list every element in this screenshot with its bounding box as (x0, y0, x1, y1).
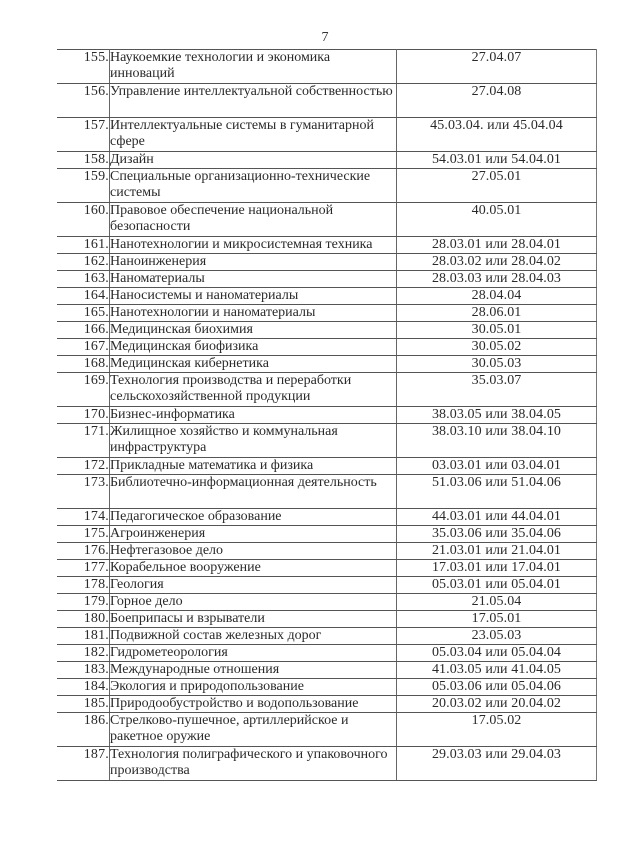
row-number: 162. (57, 254, 110, 271)
row-number: 185. (57, 696, 110, 713)
specialty-code: 44.03.01 или 44.04.01 (397, 509, 597, 526)
row-number: 174. (57, 509, 110, 526)
row-number: 170. (57, 407, 110, 424)
specialty-name: Международные отношения (110, 662, 397, 679)
table-row: 187.Технология полиграфического и упаков… (57, 747, 597, 781)
specialty-code: 17.03.01 или 17.04.01 (397, 560, 597, 577)
specialty-name: Медицинская биофизика (110, 339, 397, 356)
row-number: 155. (57, 50, 110, 84)
row-number: 178. (57, 577, 110, 594)
specialty-name: Медицинская биохимия (110, 322, 397, 339)
specialty-code: 45.03.04. или 45.04.04 (397, 118, 597, 152)
row-number: 158. (57, 152, 110, 169)
table-row: 169.Технология производства и переработк… (57, 373, 597, 407)
row-number: 181. (57, 628, 110, 645)
specialty-code: 27.05.01 (397, 169, 597, 203)
row-number: 157. (57, 118, 110, 152)
specialty-name: Правовое обеспечение национальной безопа… (110, 203, 397, 237)
table-row: 179.Горное дело21.05.04 (57, 594, 597, 611)
specialty-code: 28.03.01 или 28.04.01 (397, 237, 597, 254)
specialty-name: Наноматериалы (110, 271, 397, 288)
table-row: 168.Медицинская кибернетика30.05.03 (57, 356, 597, 373)
row-number: 177. (57, 560, 110, 577)
specialty-code: 17.05.02 (397, 713, 597, 747)
specialty-code: 05.03.06 или 05.04.06 (397, 679, 597, 696)
specialty-code: 27.04.07 (397, 50, 597, 84)
specialty-name: Жилищное хозяйство и коммунальная инфрас… (110, 424, 397, 458)
specialty-name: Экология и природопользование (110, 679, 397, 696)
row-number: 179. (57, 594, 110, 611)
table-row: 185.Природообустройство и водопользовани… (57, 696, 597, 713)
table-row: 158.Дизайн54.03.01 или 54.04.01 (57, 152, 597, 169)
specialty-code: 35.03.06 или 35.04.06 (397, 526, 597, 543)
specialty-name: Медицинская кибернетика (110, 356, 397, 373)
specialty-code: 28.06.01 (397, 305, 597, 322)
table-row: 186.Стрелково-пушечное, артиллерийское и… (57, 713, 597, 747)
specialty-name: Наукоемкие технологии и экономика иннова… (110, 50, 397, 84)
specialty-name: Природообустройство и водопользование (110, 696, 397, 713)
table-row: 182.Гидрометеорология05.03.04 или 05.04.… (57, 645, 597, 662)
table-row: 162.Наноинженерия28.03.02 или 28.04.02 (57, 254, 597, 271)
table-row: 177.Корабельное вооружение17.03.01 или 1… (57, 560, 597, 577)
specialty-name: Агроинженерия (110, 526, 397, 543)
specialty-name: Библиотечно-информационная деятельность (110, 475, 397, 509)
specialty-code: 28.04.04 (397, 288, 597, 305)
row-number: 173. (57, 475, 110, 509)
table-row: 174.Педагогическое образование44.03.01 и… (57, 509, 597, 526)
specialty-code: 30.05.02 (397, 339, 597, 356)
specialty-name: Дизайн (110, 152, 397, 169)
specialty-name: Боеприпасы и взрыватели (110, 611, 397, 628)
row-number: 180. (57, 611, 110, 628)
row-number: 175. (57, 526, 110, 543)
table-row: 166.Медицинская биохимия30.05.01 (57, 322, 597, 339)
row-number: 183. (57, 662, 110, 679)
specialty-code: 35.03.07 (397, 373, 597, 407)
specialty-code: 51.03.06 или 51.04.06 (397, 475, 597, 509)
row-number: 163. (57, 271, 110, 288)
specialty-code: 40.05.01 (397, 203, 597, 237)
table-row: 183.Международные отношения41.03.05 или … (57, 662, 597, 679)
specialties-table: 155.Наукоемкие технологии и экономика ин… (57, 49, 597, 781)
row-number: 159. (57, 169, 110, 203)
specialty-code: 23.05.03 (397, 628, 597, 645)
specialty-name: Прикладные математика и физика (110, 458, 397, 475)
specialty-name: Нефтегазовое дело (110, 543, 397, 560)
row-number: 166. (57, 322, 110, 339)
specialty-code: 27.04.08 (397, 84, 597, 118)
row-number: 176. (57, 543, 110, 560)
table-row: 159.Специальные организационно-техническ… (57, 169, 597, 203)
specialty-code: 41.03.05 или 41.04.05 (397, 662, 597, 679)
row-number: 187. (57, 747, 110, 781)
row-number: 182. (57, 645, 110, 662)
specialty-code: 05.03.04 или 05.04.04 (397, 645, 597, 662)
specialty-code: 54.03.01 или 54.04.01 (397, 152, 597, 169)
table-row: 157.Интеллектуальные системы в гуманитар… (57, 118, 597, 152)
table-row: 161.Нанотехнологии и микросистемная техн… (57, 237, 597, 254)
specialty-code: 38.03.10 или 38.04.10 (397, 424, 597, 458)
row-number: 167. (57, 339, 110, 356)
specialty-name: Корабельное вооружение (110, 560, 397, 577)
specialty-name: Наноинженерия (110, 254, 397, 271)
row-number: 172. (57, 458, 110, 475)
table-row: 176.Нефтегазовое дело21.03.01 или 21.04.… (57, 543, 597, 560)
table-row: 163.Наноматериалы28.03.03 или 28.04.03 (57, 271, 597, 288)
table-row: 181.Подвижной состав железных дорог23.05… (57, 628, 597, 645)
specialty-name: Нанотехнологии и микросистемная техника (110, 237, 397, 254)
specialty-code: 21.05.04 (397, 594, 597, 611)
table-row: 156.Управление интеллектуальной собствен… (57, 84, 597, 118)
table-row: 175.Агроинженерия35.03.06 или 35.04.06 (57, 526, 597, 543)
specialty-name: Интеллектуальные системы в гуманитарной … (110, 118, 397, 152)
table-row: 167.Медицинская биофизика30.05.02 (57, 339, 597, 356)
specialty-name: Наносистемы и наноматериалы (110, 288, 397, 305)
specialty-name: Горное дело (110, 594, 397, 611)
table-row: 170.Бизнес-информатика38.03.05 или 38.04… (57, 407, 597, 424)
row-number: 186. (57, 713, 110, 747)
specialty-name: Технология полиграфического и упаковочно… (110, 747, 397, 781)
row-number: 161. (57, 237, 110, 254)
table-row: 172.Прикладные математика и физика03.03.… (57, 458, 597, 475)
specialty-code: 38.03.05 или 38.04.05 (397, 407, 597, 424)
specialty-name: Геология (110, 577, 397, 594)
table-row: 171.Жилищное хозяйство и коммунальная ин… (57, 424, 597, 458)
specialty-code: 17.05.01 (397, 611, 597, 628)
specialty-name: Специальные организационно-технические с… (110, 169, 397, 203)
specialty-name: Бизнес-информатика (110, 407, 397, 424)
row-number: 156. (57, 84, 110, 118)
row-number: 160. (57, 203, 110, 237)
row-number: 165. (57, 305, 110, 322)
table-body: 155.Наукоемкие технологии и экономика ин… (57, 50, 597, 781)
specialty-name: Стрелково-пушечное, артиллерийское и рак… (110, 713, 397, 747)
specialty-code: 20.03.02 или 20.04.02 (397, 696, 597, 713)
row-number: 169. (57, 373, 110, 407)
specialty-code: 03.03.01 или 03.04.01 (397, 458, 597, 475)
table-row: 165.Нанотехнологии и наноматериалы28.06.… (57, 305, 597, 322)
row-number: 164. (57, 288, 110, 305)
specialty-name: Технология производства и переработки се… (110, 373, 397, 407)
table-row: 173.Библиотечно-информационная деятельно… (57, 475, 597, 509)
specialty-name: Управление интеллектуальной собственност… (110, 84, 397, 118)
table-row: 184.Экология и природопользование05.03.0… (57, 679, 597, 696)
table-row: 178.Геология05.03.01 или 05.04.01 (57, 577, 597, 594)
specialty-code: 28.03.03 или 28.04.03 (397, 271, 597, 288)
row-number: 184. (57, 679, 110, 696)
table-row: 180.Боеприпасы и взрыватели17.05.01 (57, 611, 597, 628)
table-row: 160.Правовое обеспечение национальной бе… (57, 203, 597, 237)
specialty-code: 30.05.01 (397, 322, 597, 339)
specialty-name: Гидрометеорология (110, 645, 397, 662)
table-row: 164.Наносистемы и наноматериалы28.04.04 (57, 288, 597, 305)
row-number: 168. (57, 356, 110, 373)
specialty-name: Нанотехнологии и наноматериалы (110, 305, 397, 322)
specialty-code: 29.03.03 или 29.04.03 (397, 747, 597, 781)
specialty-code: 21.03.01 или 21.04.01 (397, 543, 597, 560)
row-number: 171. (57, 424, 110, 458)
specialty-name: Педагогическое образование (110, 509, 397, 526)
specialty-code: 28.03.02 или 28.04.02 (397, 254, 597, 271)
table-row: 155.Наукоемкие технологии и экономика ин… (57, 50, 597, 84)
specialty-code: 30.05.03 (397, 356, 597, 373)
page-number: 7 (0, 30, 627, 46)
specialty-name: Подвижной состав железных дорог (110, 628, 397, 645)
specialty-code: 05.03.01 или 05.04.01 (397, 577, 597, 594)
